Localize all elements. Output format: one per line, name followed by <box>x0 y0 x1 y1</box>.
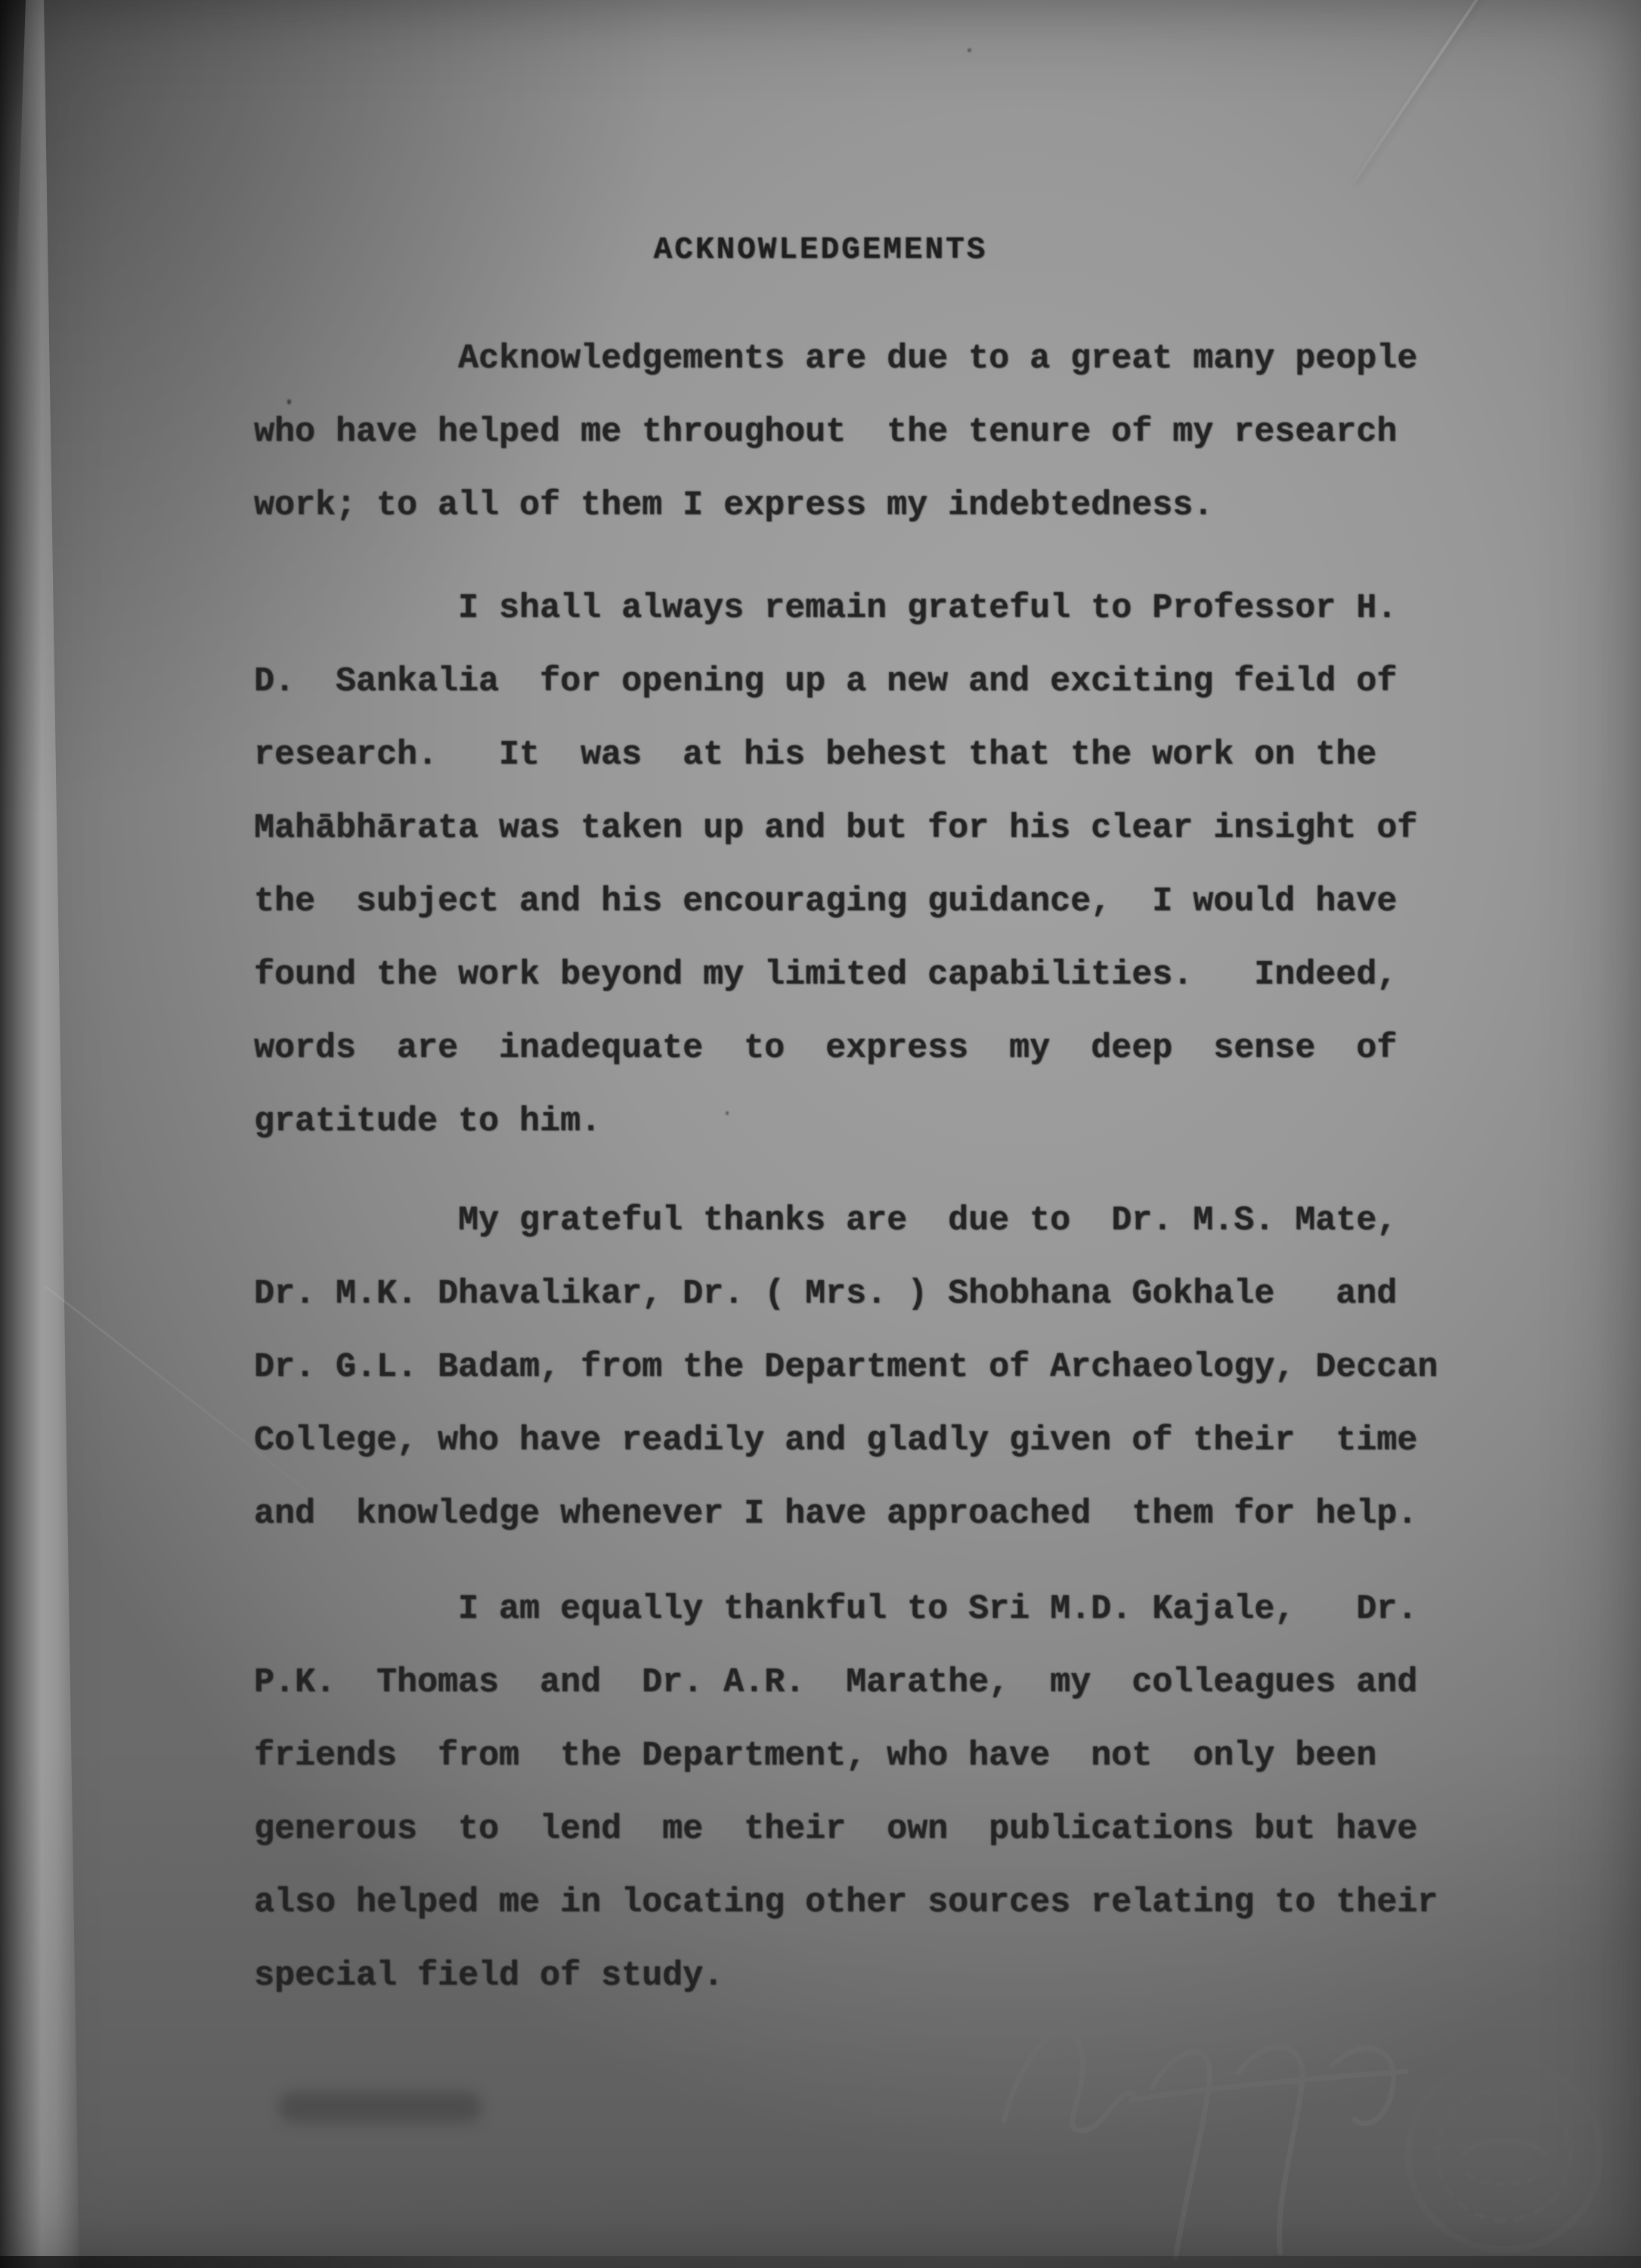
book-page-edge <box>0 0 83 2268</box>
paper-crease <box>1352 0 1641 184</box>
ink-speck <box>968 48 971 52</box>
paragraph: My grateful thanks are due to Dr. M.S. M… <box>254 1184 1494 1551</box>
ink-speck <box>287 399 291 404</box>
paragraph: Acknowledgements are due to a great many… <box>254 322 1494 542</box>
scanned-document-page: ACKNOWLEDGEMENTS Acknowledgements are du… <box>0 0 1641 2268</box>
paragraph: I shall always remain grateful to Profes… <box>254 572 1494 1158</box>
paragraph: I am equally thankful to Sri M.D. Kajale… <box>254 1572 1494 2012</box>
faint-stamp-smudge <box>278 2091 482 2123</box>
library-stamp <box>1391 2045 1618 2264</box>
scan-bottom-edge <box>0 2256 1641 2268</box>
ink-speck <box>726 1111 729 1115</box>
page-title: ACKNOWLEDGEMENTS <box>0 233 1641 268</box>
